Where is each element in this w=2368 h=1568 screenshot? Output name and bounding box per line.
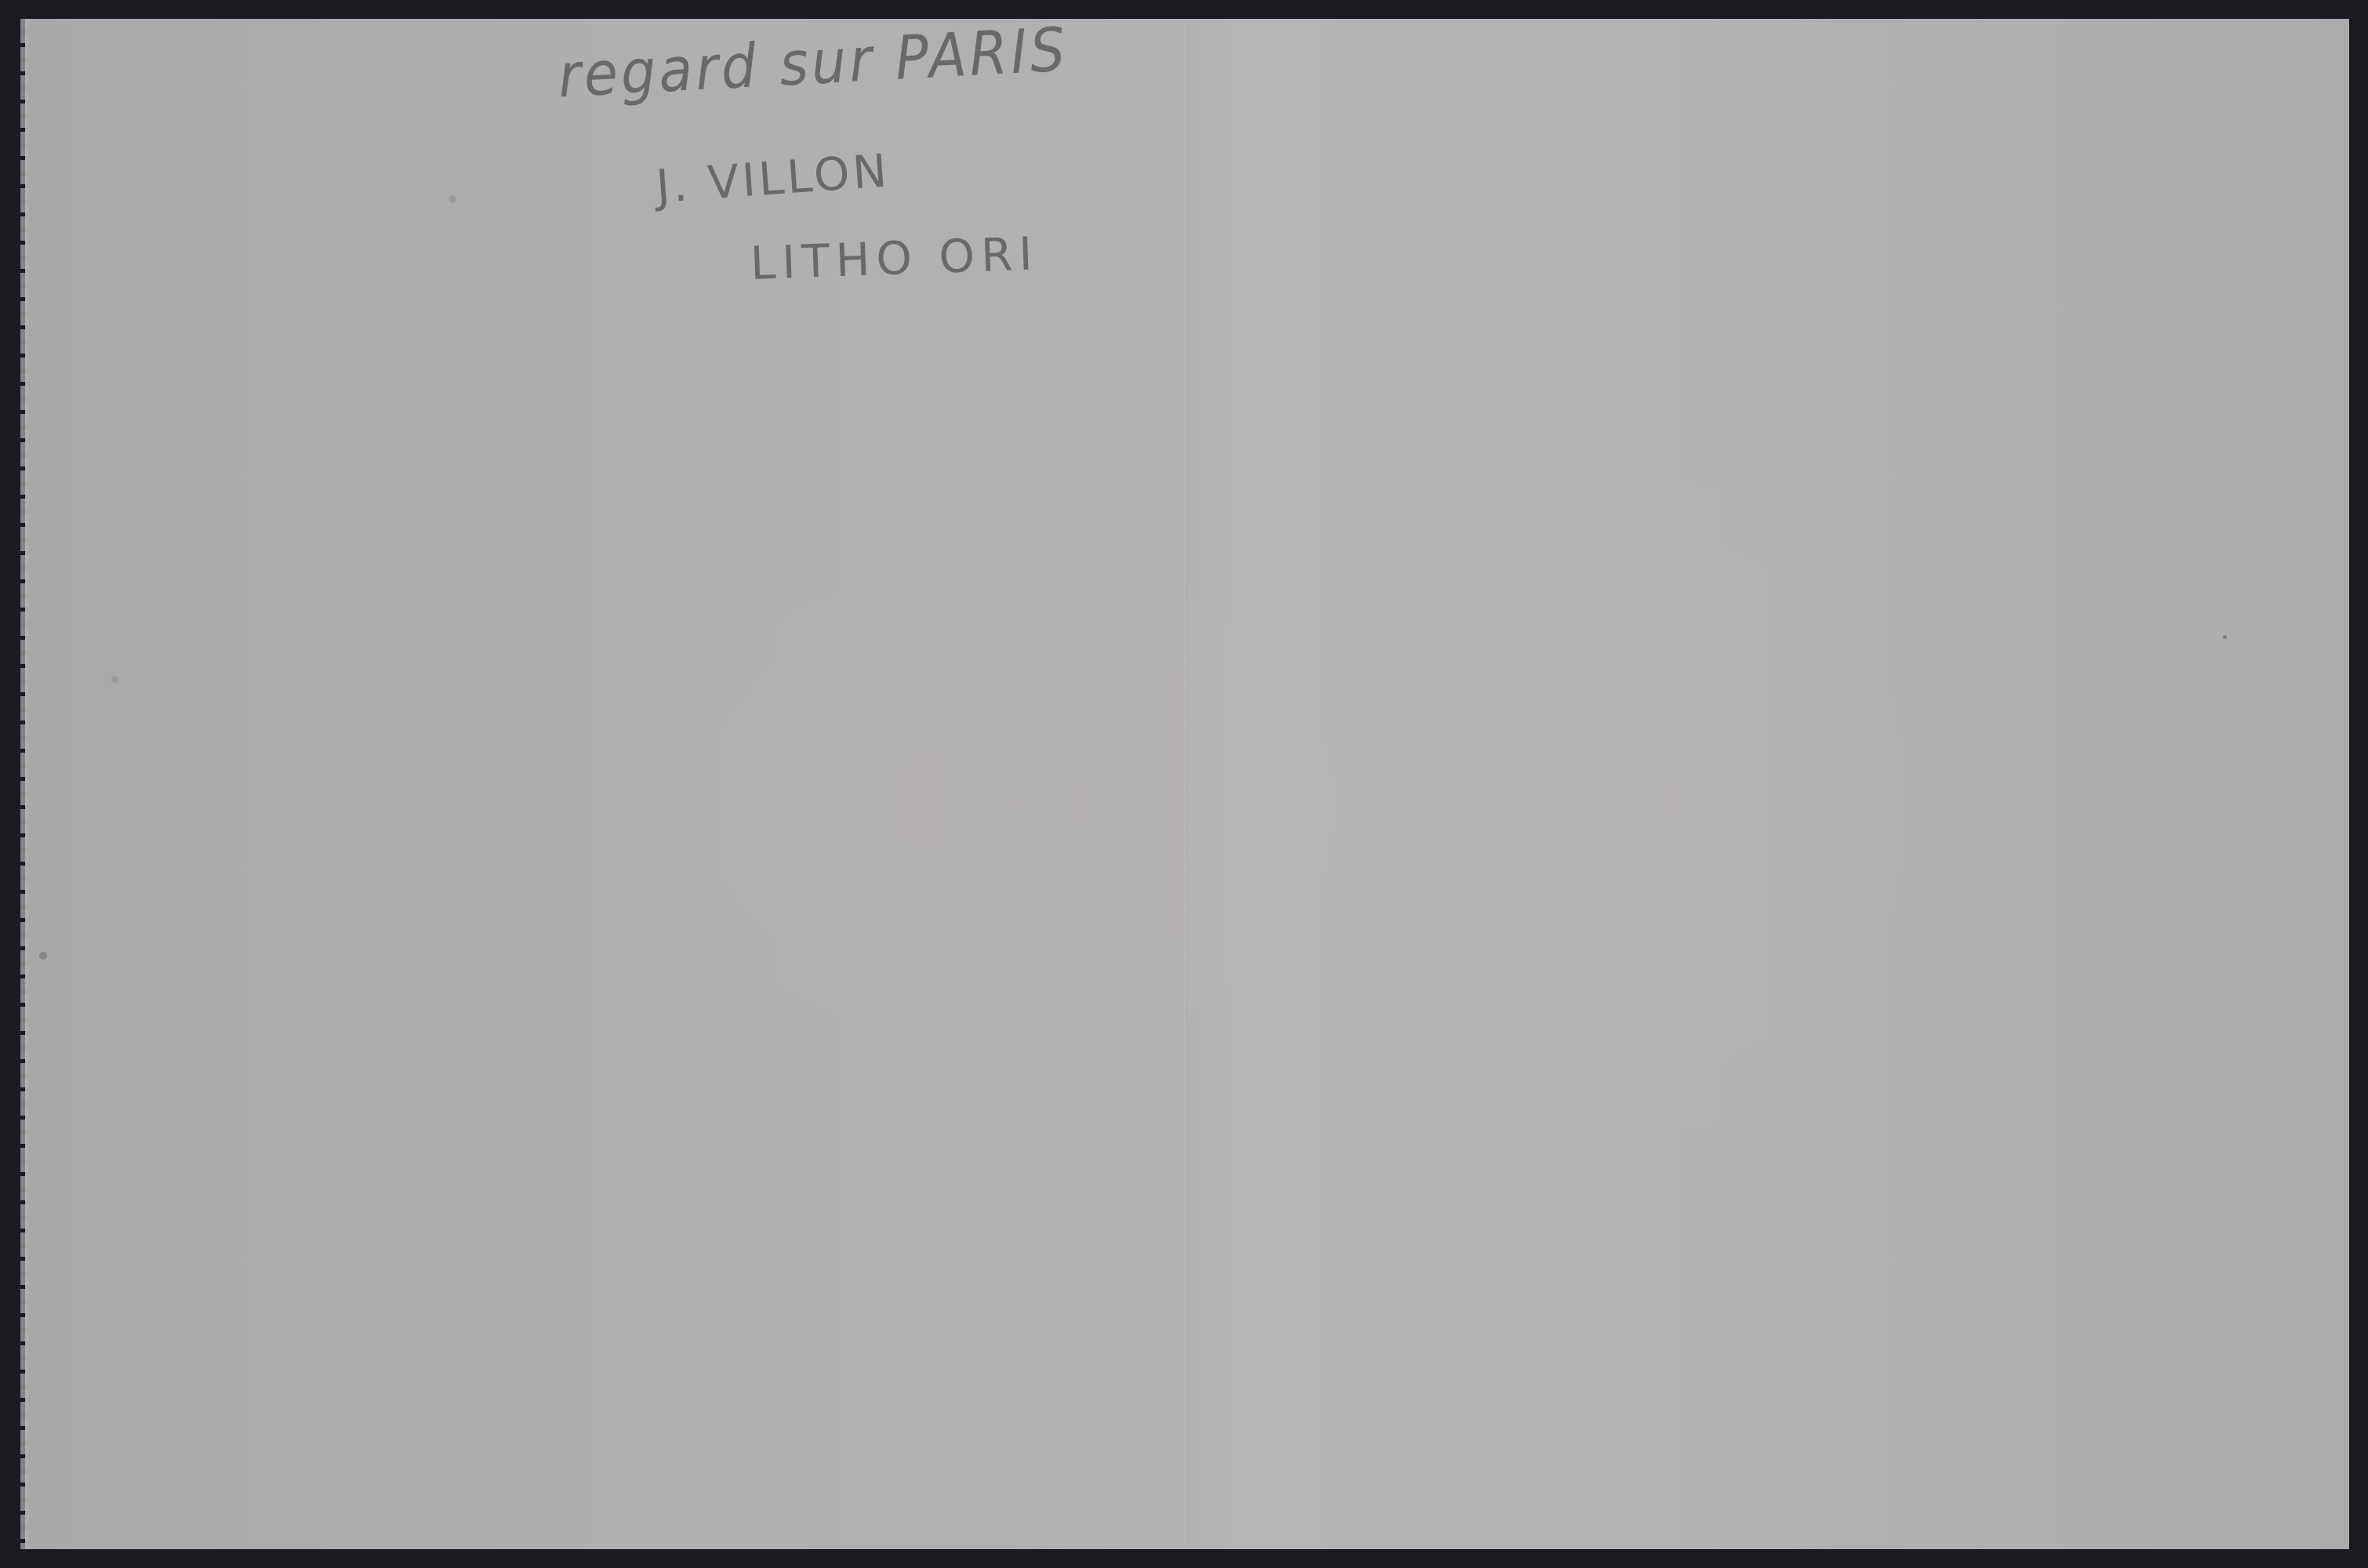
- paper-sheet: regard sur PARIS J. VILLON LITHO ORI: [25, 19, 2349, 1549]
- handwritten-artist: J. VILLON: [655, 143, 892, 213]
- center-fold: [1182, 19, 1186, 1549]
- paper-speck: [2223, 635, 2227, 639]
- paper-speck: [449, 195, 456, 203]
- paper-speck: [111, 676, 118, 683]
- paper-speck: [39, 952, 47, 960]
- handwritten-title: regard sur PARIS: [557, 14, 1070, 111]
- deckled-edge: [20, 19, 28, 1549]
- handwritten-technique: LITHO ORI: [750, 227, 1040, 290]
